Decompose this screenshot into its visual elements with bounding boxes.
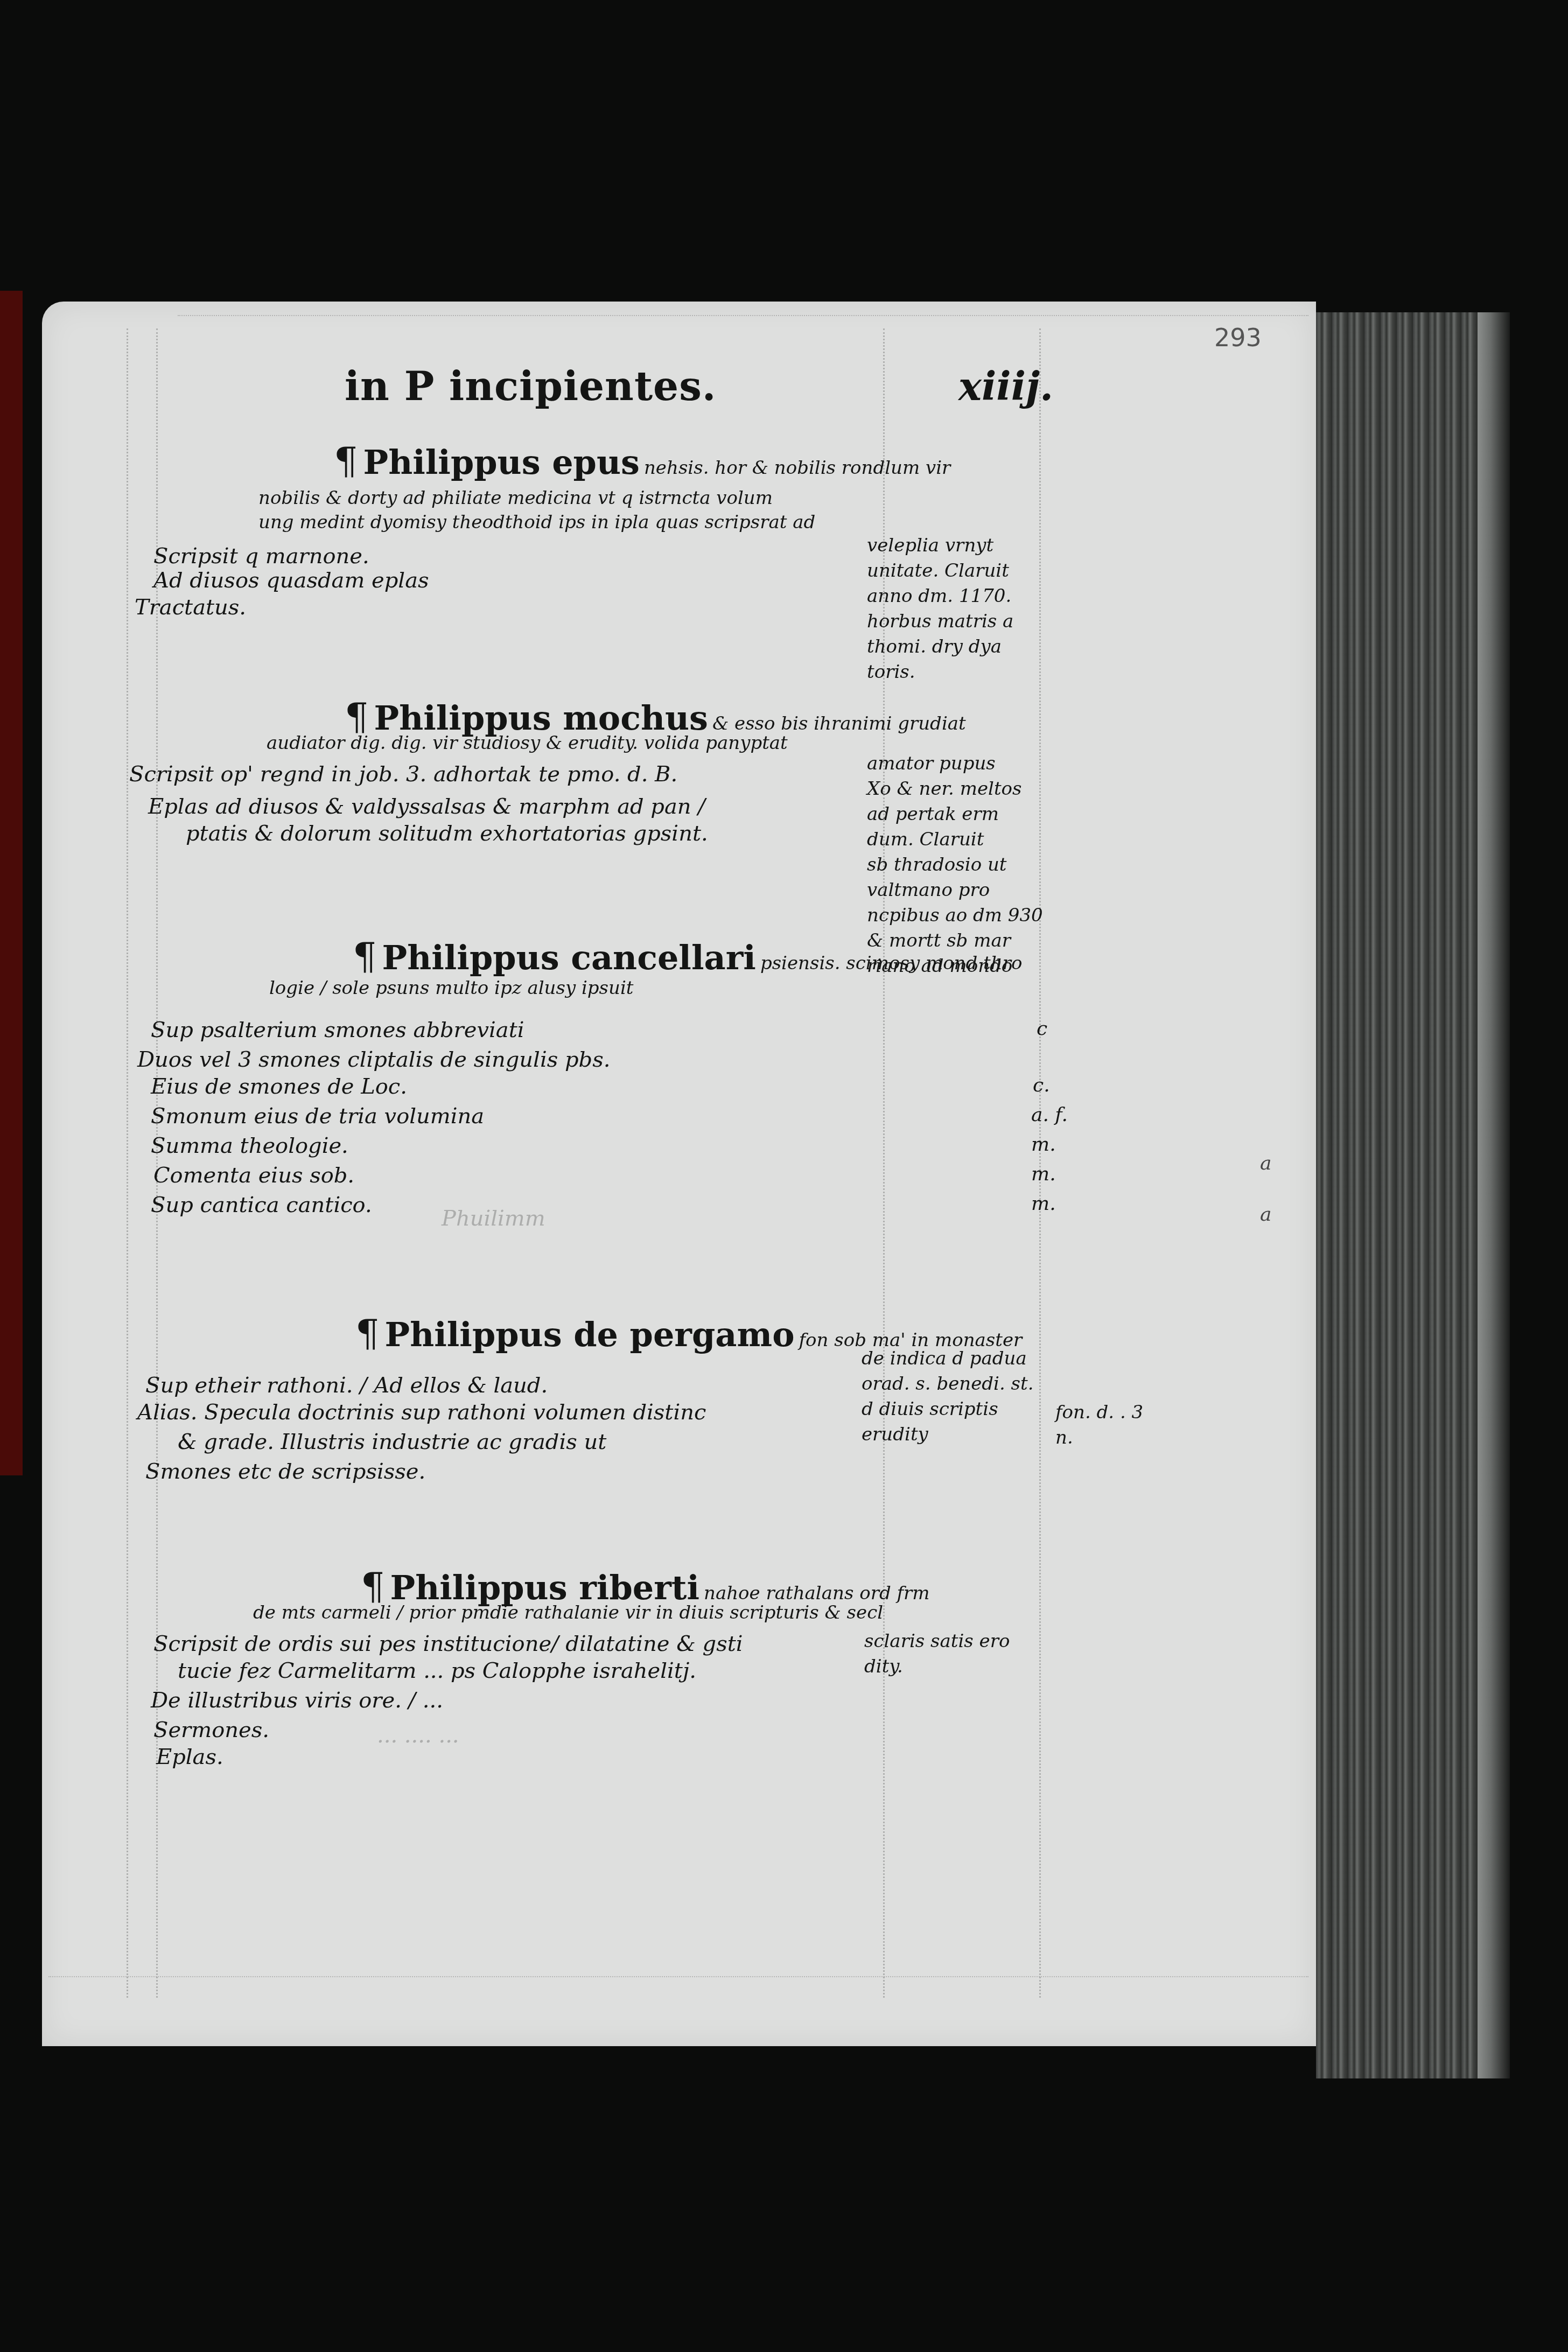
work-line: Eplas. xyxy=(156,1745,223,1769)
entry-gloss: ung medint dyomisy theodthoid ips in ipl… xyxy=(258,512,815,533)
work-mark: m. xyxy=(1031,1193,1056,1215)
show-through-text: ... .... ... xyxy=(377,1723,459,1748)
side-note: sclaris satis ero dity. xyxy=(864,1629,1010,1679)
work-mark: m. xyxy=(1031,1133,1056,1156)
pilcrow-icon: ¶ xyxy=(355,1311,380,1355)
folio-number: 293 xyxy=(1214,323,1262,352)
top-ruling xyxy=(178,315,1308,316)
work-title: Duos vel 3 smones cliptalis de singulis … xyxy=(137,1047,610,1072)
work-mark: a. f. xyxy=(1031,1104,1068,1126)
work-line: Sup etheir rathoni. / Ad ellos & laud. xyxy=(145,1373,548,1398)
bottom-ruling xyxy=(48,1976,1308,1977)
entry-gloss: de mts carmeli / prior pmdie rathalanie … xyxy=(253,1602,883,1623)
work-line: ptatis & dolorum solitudm exhortatorias … xyxy=(186,821,708,846)
header-roman-numeral: xiiij. xyxy=(958,363,1053,409)
work-title: Sup psalterium smones abbreviati xyxy=(151,1018,524,1042)
entry-gloss: nobilis & dorty ad philiate medicina vt … xyxy=(258,487,773,509)
work-mark: c xyxy=(1037,1018,1047,1040)
entry-gloss: logie / sole psuns multo ipz alusy ipsui… xyxy=(269,977,634,999)
side-note: de indica d padua orad. s. benedi. st. d… xyxy=(862,1346,1034,1447)
entry-heading: ¶Philippus epusnehsis. hor & nobilis ron… xyxy=(334,439,950,483)
work-mark: c. xyxy=(1033,1074,1050,1096)
margin-mark: a xyxy=(1260,1152,1271,1174)
page-edges-stack xyxy=(1316,312,1510,2078)
margin-mark: a xyxy=(1260,1203,1271,1226)
work-line: Scripsit de ordis sui pes institucione/ … xyxy=(153,1632,743,1656)
work-line: Scripsit op' regnd in job. 3. adhortak t… xyxy=(129,762,677,787)
work-title: Scripsit q marnone. xyxy=(153,544,369,569)
pilcrow-icon: ¶ xyxy=(334,439,358,483)
work-line: Sermones. xyxy=(153,1718,269,1742)
work-line: & grade. Illustris industrie ac gradis u… xyxy=(178,1430,606,1454)
red-book-edge xyxy=(0,291,23,1475)
work-line: tucie fez Carmelitarm ... ps Calopphe is… xyxy=(178,1658,696,1683)
work-title: Tractatus. xyxy=(135,595,246,620)
work-title: Summa theologie. xyxy=(151,1133,348,1158)
work-title: Comenta eius sob. xyxy=(153,1163,354,1188)
entry-gloss: audiator dig. dig. vir studiosy & erudit… xyxy=(267,732,788,754)
show-through-text: Phu⁠ilimm xyxy=(442,1206,545,1231)
work-line: Smones etc de scripsisse. xyxy=(145,1459,425,1484)
work-line: Alias. Specula doctrinis sup rathoni vol… xyxy=(137,1400,706,1425)
entry-heading: ¶Philippus cancellaripsiensis. scimosy m… xyxy=(353,934,1022,978)
side-mark: fon. d. . 3 n. xyxy=(1055,1400,1143,1451)
running-header: in P incipientes. xyxy=(345,363,717,410)
pilcrow-icon: ¶ xyxy=(353,934,377,978)
work-line: Eplas ad diusos & valdyssalsas & marphm … xyxy=(148,794,705,819)
work-title: Eius de smones de Loc. xyxy=(151,1074,407,1099)
work-title: Ad diusos quasdam eplas xyxy=(153,568,429,593)
work-title: Sup cantica cantico. xyxy=(151,1193,372,1217)
work-mark: m. xyxy=(1031,1163,1056,1185)
work-line: De illustribus viris ore. / ... xyxy=(151,1688,443,1713)
margin-ruling-left xyxy=(127,328,128,1998)
side-note: veleplia vrnyt unitate. Claruit anno dm.… xyxy=(867,533,1013,685)
work-title: Smonum eius de tria volumina xyxy=(151,1104,484,1129)
